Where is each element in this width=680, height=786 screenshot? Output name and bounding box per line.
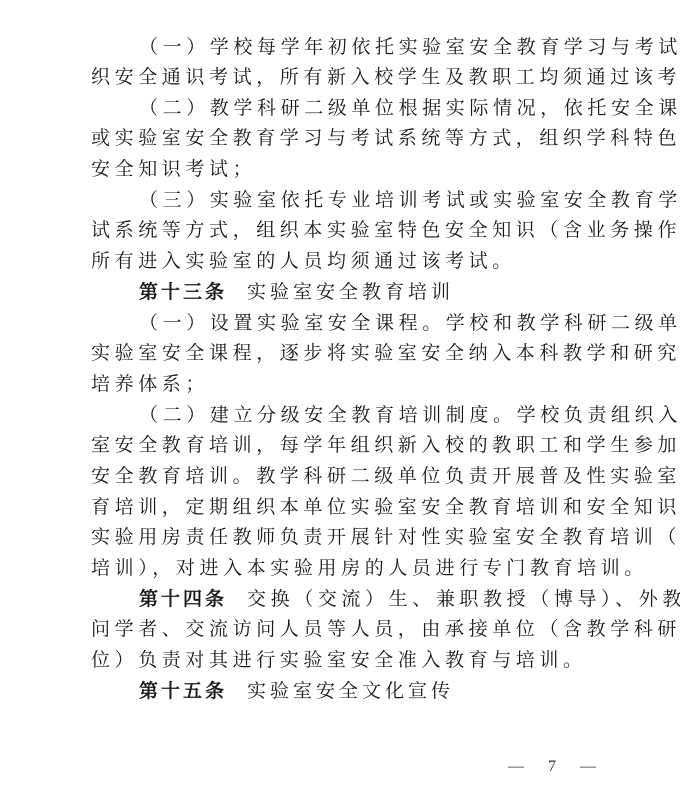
paragraph-line: 织安全通识考试，所有新入校学生及教职工均须通过该考试； xyxy=(91,62,595,92)
paragraph-line: （二）教学科研二级单位根据实际情况，依托安全课程考试 xyxy=(139,93,595,123)
paragraph-line: 实验用房责任教师负责开展针对性实验室安全教育培训（含业务 xyxy=(91,522,595,552)
article-14-first-line: 第十四条交换（交流）生、兼职教授（博导）、外教、访 xyxy=(139,584,595,614)
article-13-heading: 第十三条实验室安全教育培训 xyxy=(139,277,595,307)
paragraph-line: 实验室安全课程，逐步将实验室安全纳入本科教学和研究生教学 xyxy=(91,338,595,368)
paragraph-line: 位）负责对其进行实验室安全准入教育与培训。 xyxy=(91,645,595,675)
paragraph-line: （一）设置实验室安全课程。学校和教学科研二级单位开设 xyxy=(139,308,595,338)
article-label: 第十四条 xyxy=(139,588,227,610)
paragraph-line: （一）学校每学年初依托实验室安全教育学习与考试系统组 xyxy=(139,32,595,62)
article-label: 第十五条 xyxy=(139,680,227,702)
paragraph-line: 室安全教育培训，每学年组织新入校的教职工和学生参加实验室 xyxy=(91,430,595,460)
article-text: 交换（交流）生、兼职教授（博导）、外教、访 xyxy=(247,588,680,610)
document-page: （一）学校每学年初依托实验室安全教育学习与考试系统组 织安全通识考试，所有新入校… xyxy=(0,0,680,786)
paragraph-line: 安全知识考试； xyxy=(91,154,595,184)
page-number: — 7 — xyxy=(508,758,606,776)
article-label: 第十三条 xyxy=(139,281,227,303)
paragraph-line: 问学者、交流访问人员等人员，由承接单位（含教学科研二级单 xyxy=(91,614,595,644)
paragraph-line: 育培训，定期组织本单位实验室安全教育培训和安全知识讲座。 xyxy=(91,492,595,522)
paragraph-line: 所有进入实验室的人员均须通过该考试。 xyxy=(91,246,595,276)
article-title: 实验室安全文化宣传 xyxy=(247,680,454,702)
paragraph-line: 或实验室安全教育学习与考试系统等方式，组织学科特色实验室 xyxy=(91,123,595,153)
paragraph-line: （三）实验室依托专业培训考试或实验室安全教育学习与考 xyxy=(139,185,595,215)
paragraph-line: 安全教育培训。教学科研二级单位负责开展普及性实验室安全教 xyxy=(91,461,595,491)
paragraph-line: （二）建立分级安全教育培训制度。学校负责组织入校实验 xyxy=(139,400,595,430)
paragraph-line: 试系统等方式，组织本实验室特色安全知识（含业务操作）考试， xyxy=(91,215,595,245)
article-15-heading: 第十五条实验室安全文化宣传 xyxy=(139,676,595,706)
article-title: 实验室安全教育培训 xyxy=(247,281,454,303)
paragraph-line: 培养体系； xyxy=(91,369,595,399)
paragraph-line: 培训），对进入本实验用房的人员进行专门教育培训。 xyxy=(91,553,595,583)
